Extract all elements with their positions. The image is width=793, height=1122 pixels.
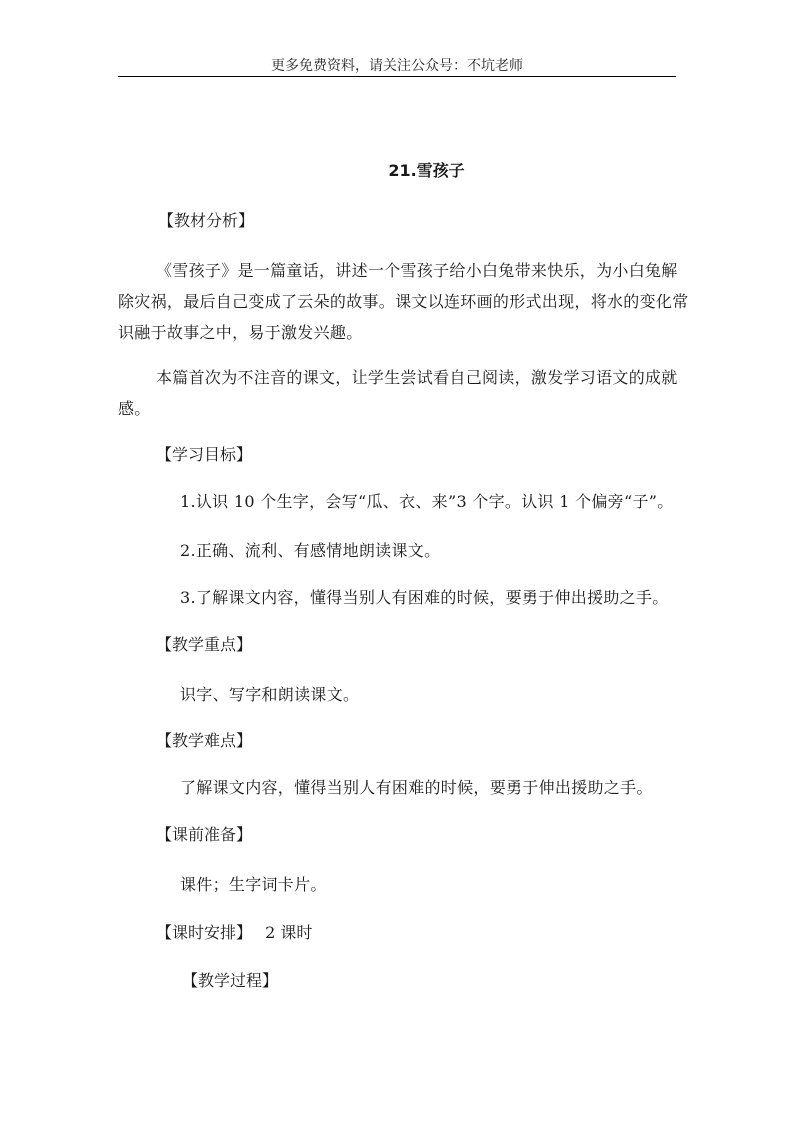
preparation-text: 课件；生字词卡片。 xyxy=(180,872,327,895)
section-heading-preparation: 【课前准备】 xyxy=(156,822,252,845)
analysis-para1-line3: 识融于故事之中，易于激发兴趣。 xyxy=(118,320,363,343)
header-divider xyxy=(118,76,676,77)
difficulties-text: 了解课文内容，懂得当别人有困难的时候，要勇于伸出援助之手。 xyxy=(180,775,653,798)
objective-item-2: 2.正确、流利、有感情地朗读课文。 xyxy=(180,538,440,561)
key-points-text: 识字、写字和朗读课文。 xyxy=(180,682,359,705)
analysis-para1-line1: 《雪孩子》是一篇童话，讲述一个雪孩子给小白兔带来快乐，为小白兔解 xyxy=(156,258,678,281)
document-title: 21.雪孩子 xyxy=(0,158,793,181)
section-heading-schedule: 【课时安排】 2 课时 xyxy=(156,920,312,943)
objective-item-3: 3.了解课文内容，懂得当别人有困难的时候，要勇于伸出援助之手。 xyxy=(180,585,669,608)
schedule-value: 2 课时 xyxy=(265,923,312,942)
section-heading-analysis: 【教材分析】 xyxy=(158,208,254,231)
section-heading-key-points: 【教学重点】 xyxy=(156,632,252,655)
section-heading-process: 【教学过程】 xyxy=(182,968,278,991)
analysis-para1-line2: 除灾祸，最后自己变成了云朵的故事。课文以连环画的形式出现，将水的变化常 xyxy=(118,289,689,312)
page-header: 更多免费资料，请关注公众号：不坑老师 xyxy=(118,55,676,75)
section-heading-objectives: 【学习目标】 xyxy=(156,442,252,465)
schedule-heading-label: 【课时安排】 xyxy=(156,923,252,942)
objective-item-1: 1.认识 10 个生字，会写“瓜、衣、来”3 个字。认识 1 个偏旁“子”。 xyxy=(180,489,674,512)
analysis-para2-line1: 本篇首次为不注音的课文，让学生尝试看自己阅读，激发学习语文的成就 xyxy=(156,365,678,388)
section-heading-difficulties: 【教学难点】 xyxy=(156,728,252,751)
analysis-para2-line2: 感。 xyxy=(118,396,151,419)
